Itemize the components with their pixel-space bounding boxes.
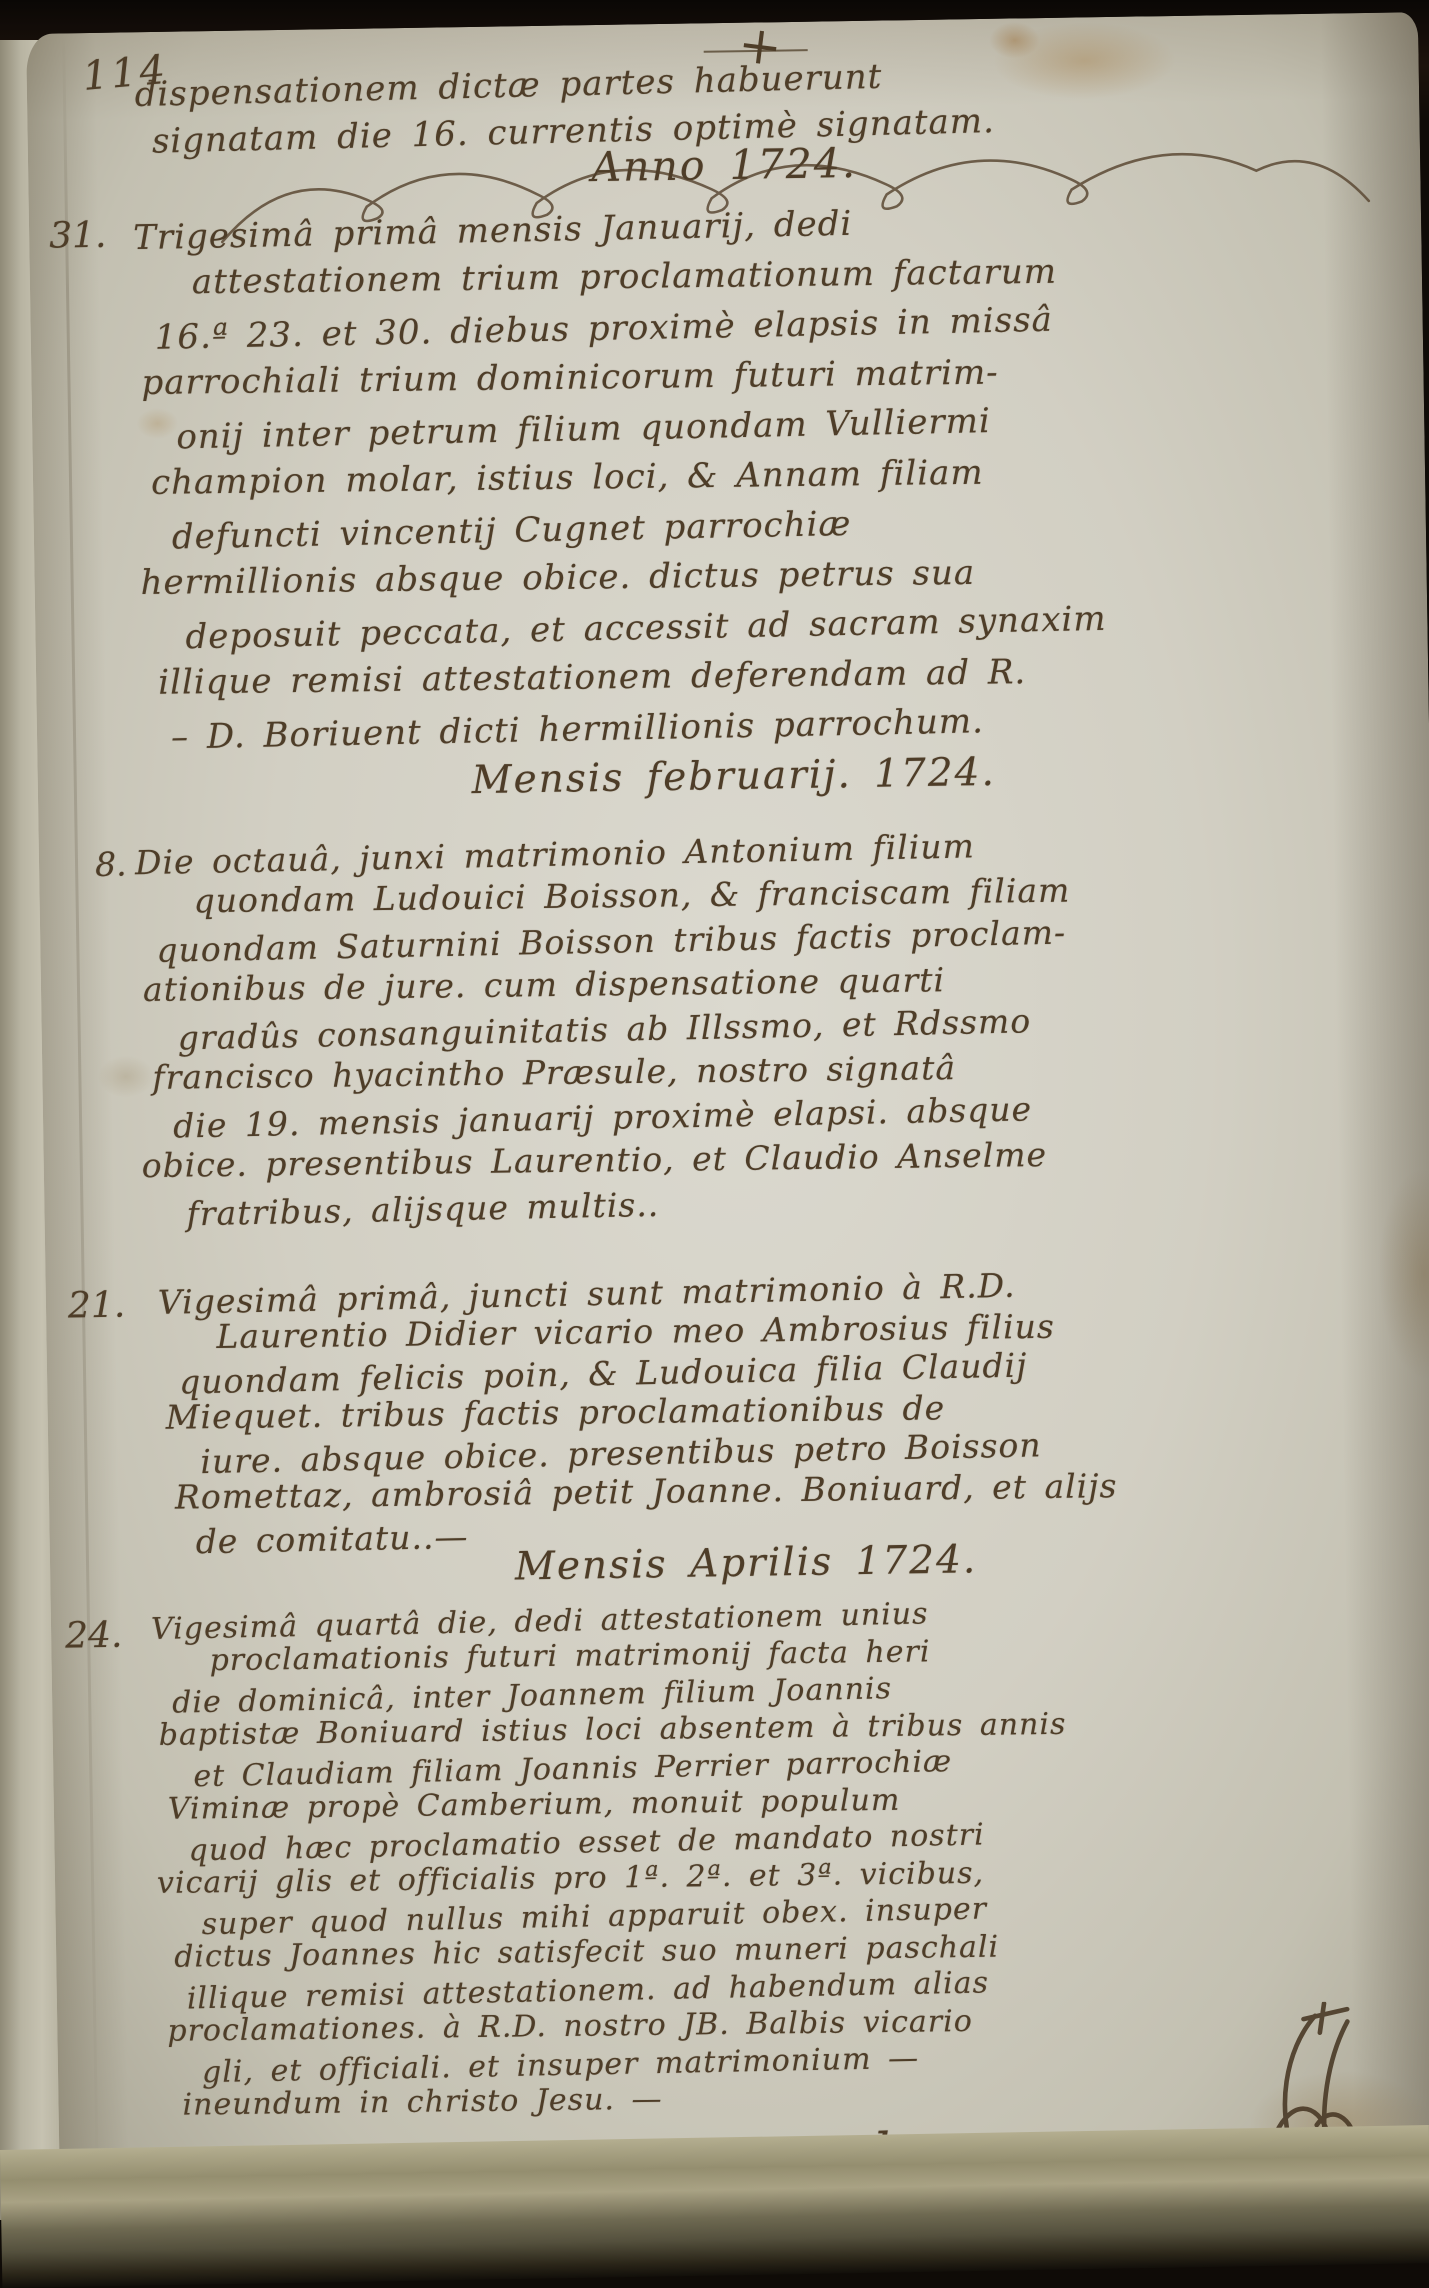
register-section: Mensis Aprilis 1724.24.Vigesimâ quartâ d… [26,12,1429,2209]
manuscript-line: francisco hyacintho Præsule, nostro sign… [152,1040,1428,1100]
manuscript-line: die dominicâ, inter Joannem filium Joann… [172,1659,1429,1721]
manuscript-line: proclamationis futuri matrimonij facta h… [209,1627,1429,1679]
manuscript-line: 16.ª 23. et 30. diebus proximè elapsis i… [154,287,1425,362]
manuscript-line: gradûs consanguinitatis ab Illssmo, et R… [177,991,1428,1060]
manuscript-line: iure. absque obice. presentibus petro Bo… [200,1417,1429,1482]
register-section: Anno 1724.31.Trigesimâ primâ mensis Janu… [26,12,1429,2209]
entry-body: Vigesimâ primâ, juncti sunt matrimonio à… [158,1260,1429,1560]
manuscript-line: ationibus de jure. cum dispensatione qua… [143,952,1427,1012]
register-section: 21.Vigesimâ primâ, juncti sunt matrimoni… [26,12,1429,2209]
manuscript-line: Viminæ propè Camberium, monuit populum [168,1775,1429,1828]
manuscript-line: quondam Ludouici Boisson, & franciscam f… [193,864,1425,923]
manuscript-line: Vigesimâ quartâ die, dedi attestationem … [151,1585,1429,1648]
entry-body: Trigesimâ primâ mensis Januarij, dediatt… [133,190,1429,760]
manuscript-line: baptistæ Boniuard istius loci absentem à… [159,1701,1429,1754]
manuscript-line: Laurentio Didier vicario meo Ambrosius f… [216,1302,1429,1357]
entry-margin-number: 31. [49,215,107,257]
manuscript-line: Die octauâ, junxi matrimonio Antonium fi… [135,815,1426,885]
entry-margin-number: 21. [68,1285,126,1327]
manuscript-line: – D. Boriuent dicti hermillionis parroch… [171,687,1429,762]
manuscript-line: dictus Joannes hic satisfecit suo muneri… [174,1923,1429,1976]
manuscript-line: Romettaz, ambrosiâ petit Joanne. Boniuar… [175,1462,1429,1518]
entry-body: Die octauâ, junxi matrimonio Antonium fi… [135,818,1429,1234]
manuscript-line: vicarij glis et officialis pro 1ª. 2ª. e… [157,1849,1429,1902]
manuscript-line: onij inter petrum filium quondam Vullier… [176,387,1427,462]
manuscript-line: Miequet. tribus factis proclamationibus … [166,1382,1429,1438]
manuscript-line: quondam Saturnini Boisson tribus factis … [156,903,1427,972]
manuscript-line: super quod nullus mihi apparuit obex. in… [201,1881,1429,1943]
entry-margin-number: 24. [65,1615,123,1657]
manuscript-line: quod hæc proclamatio esset de mandato no… [188,1807,1429,1869]
manuscript-line: hermillionis absque obice. dictus petrus… [140,542,1429,608]
manuscript-line: parrochiali trium dominicorum futuri mat… [141,342,1426,408]
manuscript-line: defuncti vincentij Cugnet parrochiæ [171,487,1428,562]
manuscript-line: Vigesimâ primâ, juncti sunt matrimonio à… [158,1257,1429,1323]
manuscript-line: champion molar, istius loci, & Annam fil… [151,442,1428,508]
manuscript-line: die 19. mensis januarij proximè elapsi. … [173,1079,1429,1148]
register-section: Mensis februarij. 1724.8.Die octauâ, jun… [26,12,1429,2209]
section-heading: Mensis februarij. 1724. [37,742,1429,810]
manuscript-line: fratribus, alijsque multis.. [186,1167,1429,1236]
manuscript-line: quondam felicis poin, & Ludouica filia C… [179,1337,1429,1402]
manuscript-line: deposuit peccata, et accessit ad sacram … [185,587,1429,662]
manuscript-line: et Claudiam filiam Joannis Perrier parro… [193,1733,1429,1795]
page-stack-edge-bottom [0,2125,1429,2288]
manuscript-line: de comitatu..— [195,1497,1429,1562]
manuscript-line: obice. presentibus Laurentio, et Claudio… [142,1128,1429,1188]
manuscript-page: 114 + dispensationem dictæ partes habuer… [26,12,1429,2209]
section-heading: Mensis Aprilis 1724. [50,1529,1429,1596]
manuscript-line: illique remisi attestationem deferendam … [158,642,1429,708]
entry-margin-number: 8. [95,845,127,884]
flourish-divider [216,129,1378,262]
